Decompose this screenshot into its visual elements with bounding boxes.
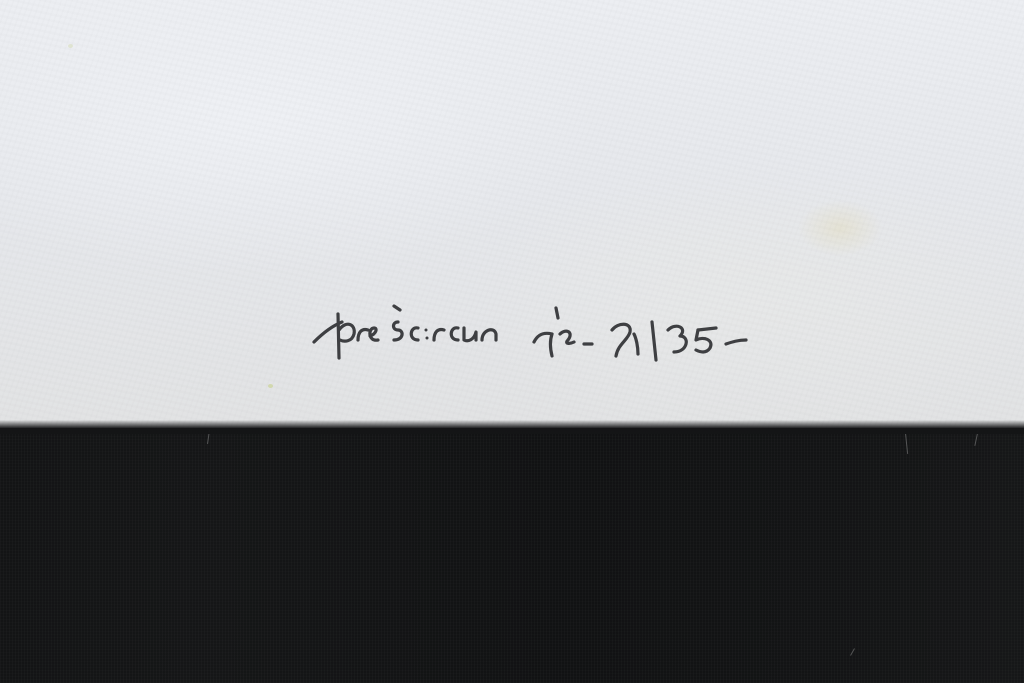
- fabric-weave: [0, 428, 1024, 683]
- paper-sheet: Prescreu nº- 21/35-: [0, 0, 1024, 428]
- handwritten-inscription: Prescreu nº- 21/35-: [312, 300, 792, 370]
- inscription-text: Prescreu nº- 21/35-: [312, 300, 313, 301]
- paper-edge: [0, 420, 1024, 434]
- photo-scene: Prescreu nº- 21/35-: [0, 0, 1024, 683]
- handwriting-strokes: [312, 300, 792, 370]
- black-fabric: [0, 428, 1024, 683]
- paper-fleck: [68, 44, 73, 48]
- paper-fleck: [268, 384, 273, 388]
